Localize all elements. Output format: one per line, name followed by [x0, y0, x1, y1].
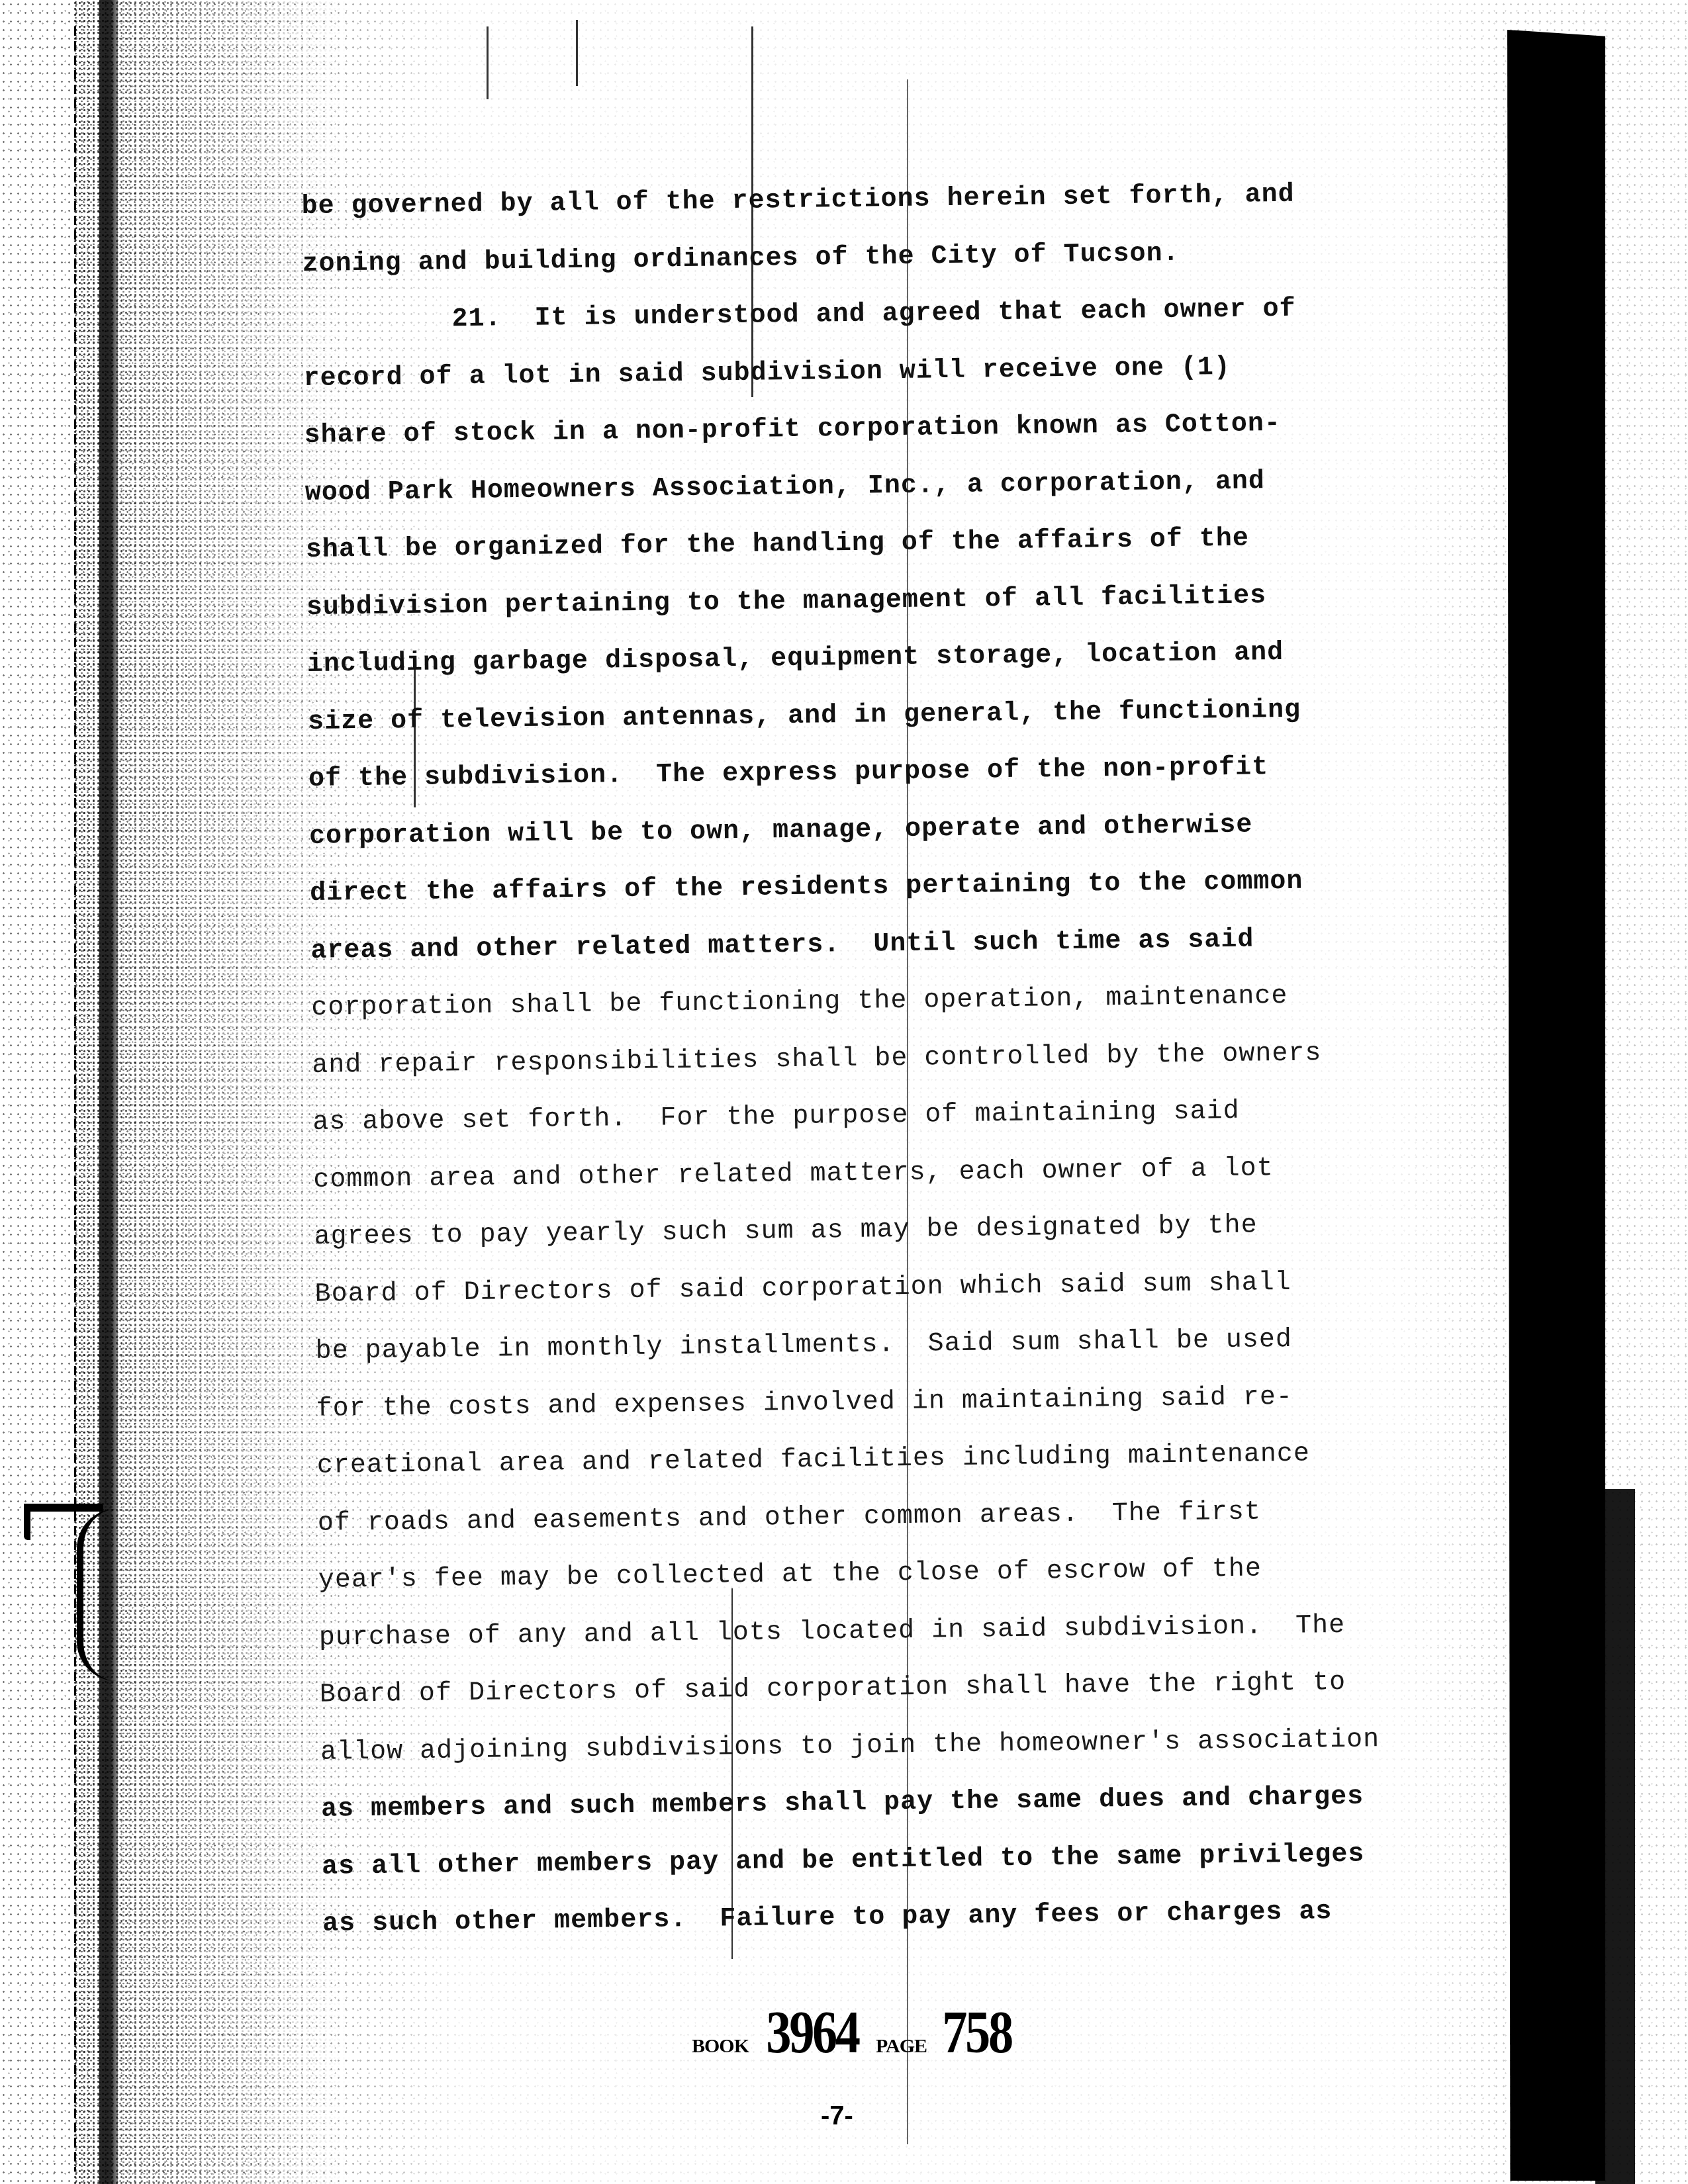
page-label: PAGE: [876, 2035, 927, 2058]
left-margin-line: [74, 26, 76, 2171]
binder-clip-shadow: [24, 1504, 103, 1722]
recorded-page-number: 758: [942, 1999, 1011, 2067]
fold-line: [576, 20, 578, 86]
document-body: be governed by all of the restrictions h…: [301, 164, 1515, 1953]
fold-line: [487, 26, 489, 99]
page-number: -7-: [821, 2101, 853, 2131]
book-number: 3964: [766, 1999, 858, 2067]
left-page-edge-shadow: [99, 0, 118, 2184]
right-edge-black-bar: [1507, 30, 1605, 2181]
right-edge-shadow: [1595, 1489, 1635, 2184]
recording-stamp: BOOK 3964 PAGE 758: [692, 1999, 1017, 2067]
scanned-page: be governed by all of the restrictions h…: [0, 0, 1688, 2184]
book-label: BOOK: [692, 2035, 749, 2058]
